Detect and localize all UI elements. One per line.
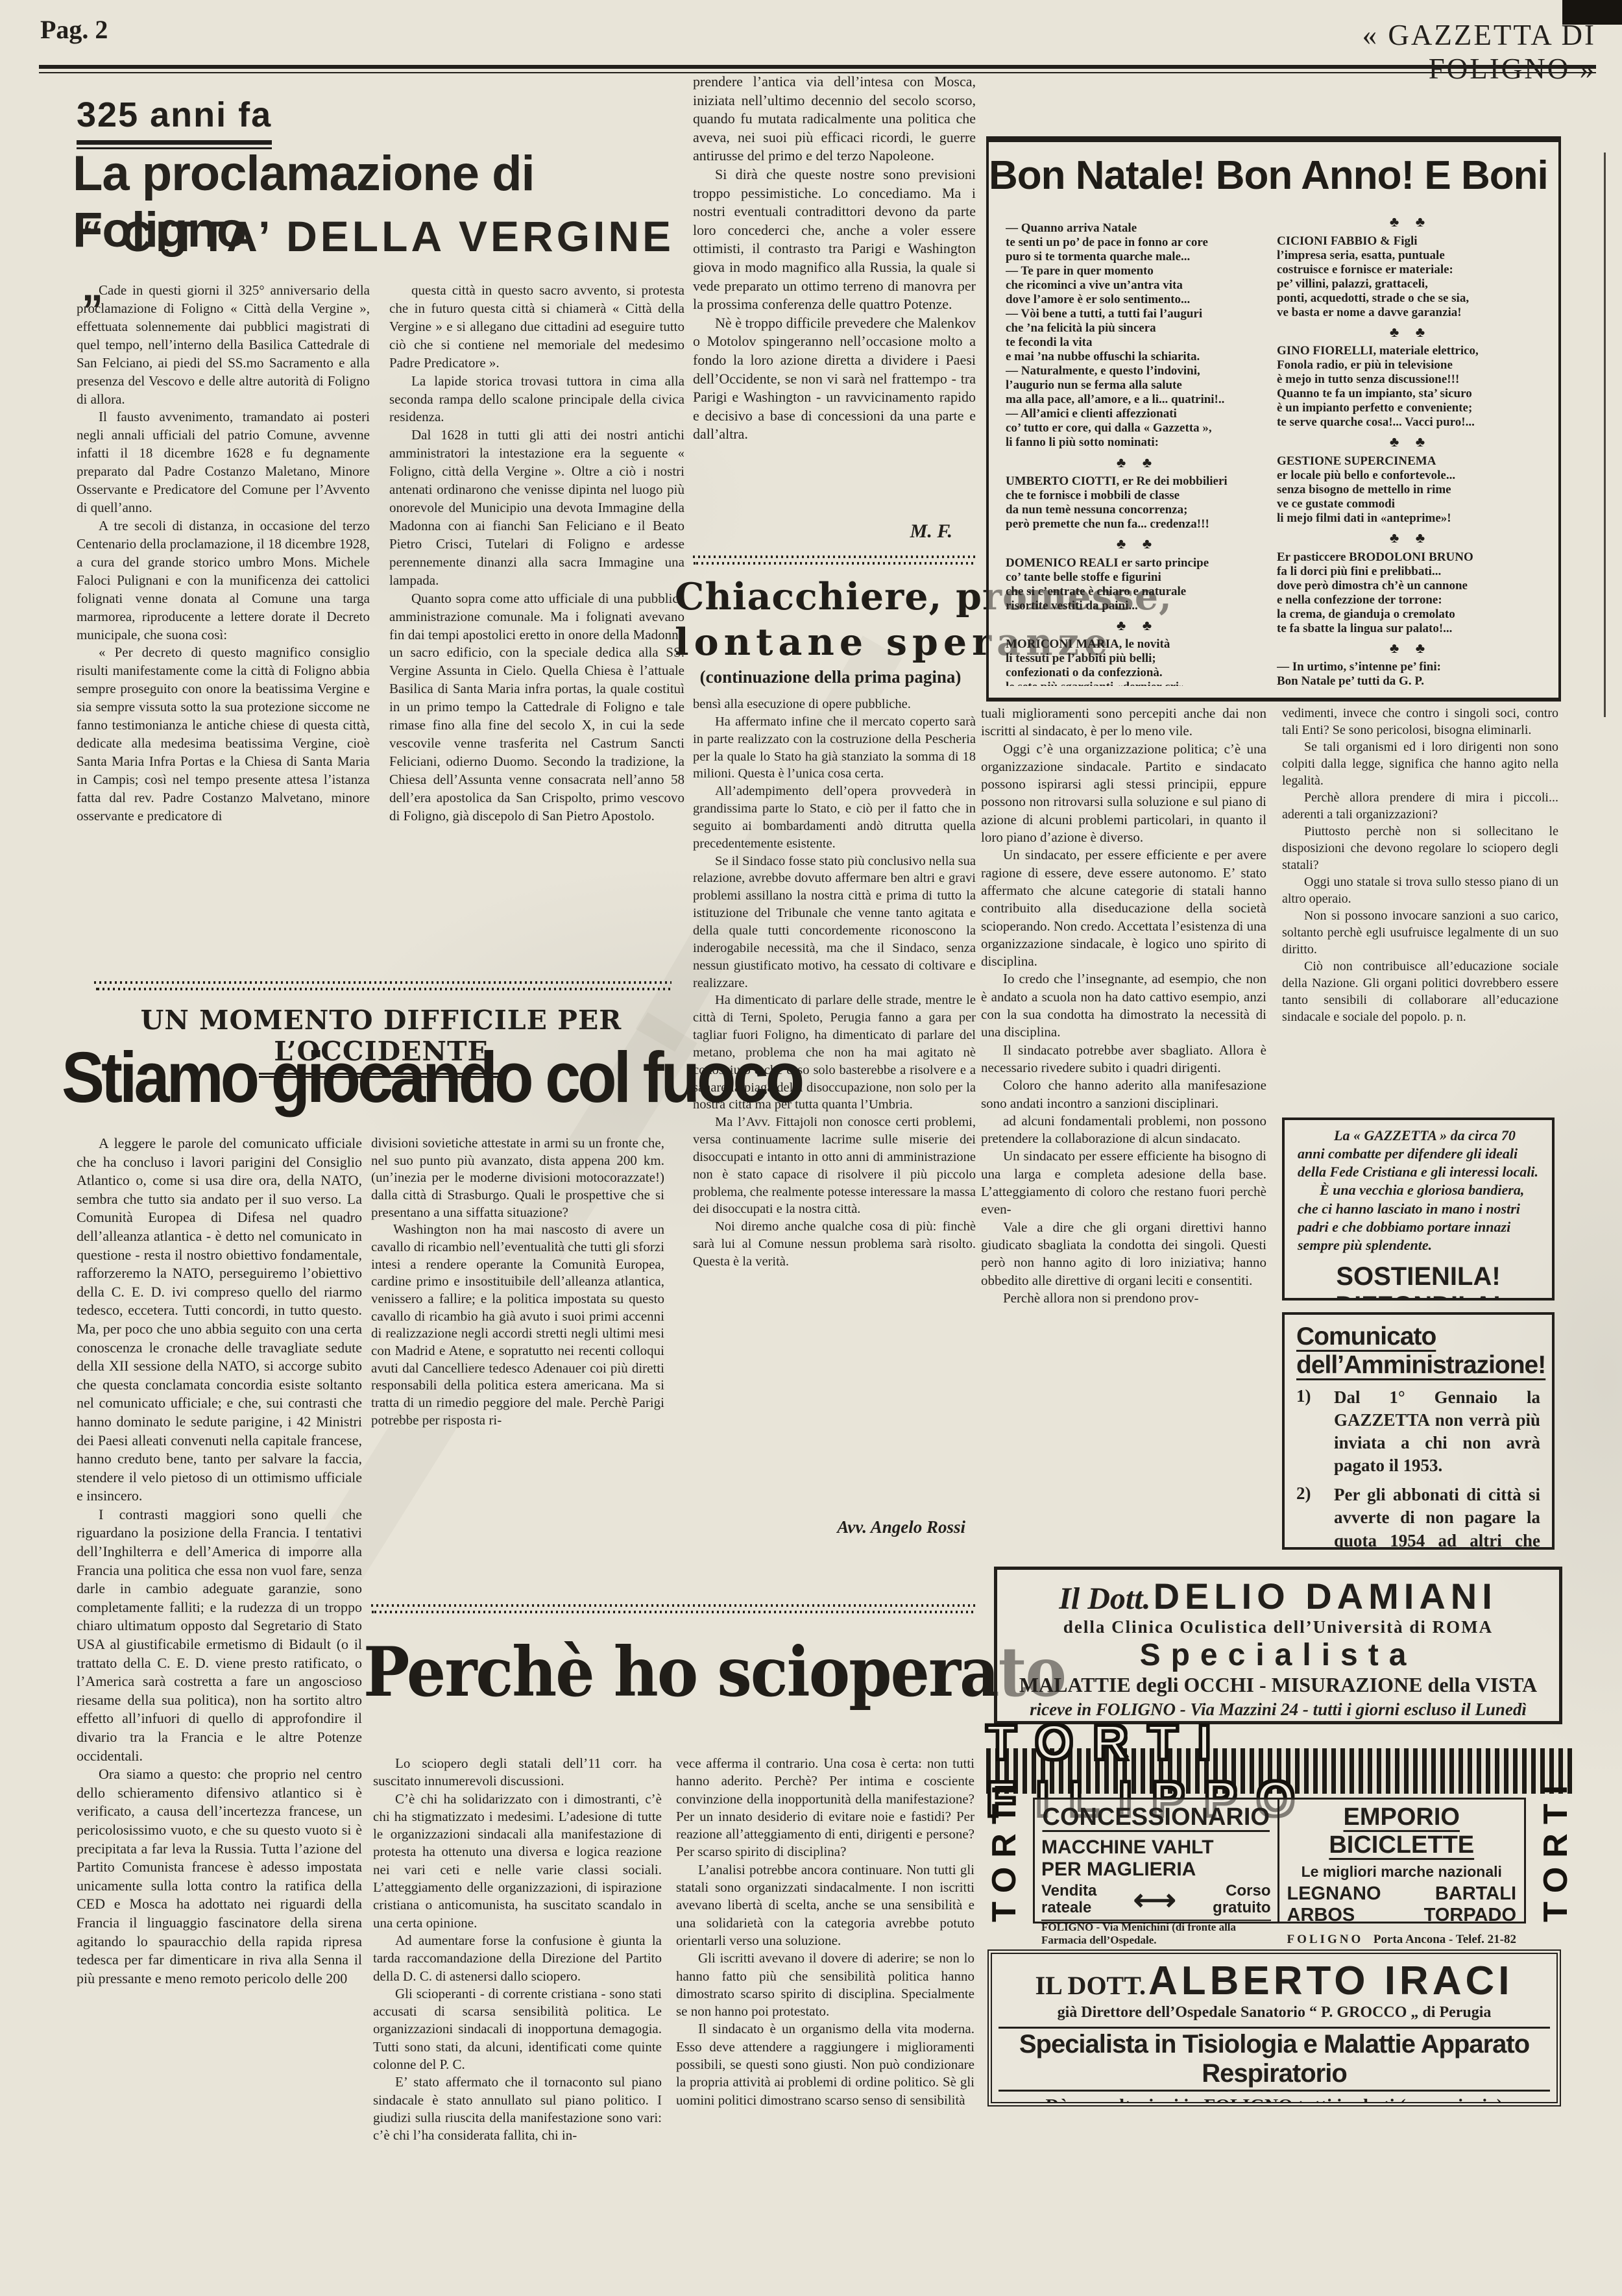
proclamazione-column-2: questa città in questo sacro avvento, si… xyxy=(389,282,684,975)
clubs-icon: ♣ ♣ xyxy=(1277,324,1544,341)
sciopero-continuation-column-a: tuali miglioramenti sono percepiti anche… xyxy=(981,705,1266,1522)
paragraph: Il sindacato è un organismo della vita m… xyxy=(676,2020,974,2108)
damiani-line3: Specialista xyxy=(997,1637,1559,1673)
sciopero-title: Perchè ho scioperato xyxy=(363,1633,976,1712)
torti-right-address-row: FOLIGNO Porta Ancona - Telef. 21-82 xyxy=(1287,1933,1517,1947)
iraci-prefix: IL DOTT. xyxy=(1035,1971,1146,2000)
paragraph: GESTIONE SUPERCINEMA er locale più bello… xyxy=(1277,454,1544,526)
comunicato-box: Comunicato dell’Amministrazione! 1) Dal … xyxy=(1282,1312,1555,1550)
clubs-icon: ♣ ♣ xyxy=(1277,214,1544,230)
torti-right-sub: Le migliori marche nazionali xyxy=(1287,1863,1517,1881)
gazzetta-promo-box: La « GAZZETTA » da circa 70 anni combatt… xyxy=(1282,1117,1555,1301)
paragraph: La lapide storica trovasi tuttora in cim… xyxy=(389,372,684,427)
paragraph: DOMENICO REALI er sarto principe co’ tan… xyxy=(1006,556,1269,613)
intesa-column: prendere l’antica via dell’intesa con Mo… xyxy=(693,73,976,520)
paragraph: Er pasticcere BRODOLONI BRUNO fa li dorc… xyxy=(1277,550,1544,636)
paragraph: prendere l’antica via dell’intesa con Mo… xyxy=(693,73,976,165)
paragraph: — In urtimo, s’intenne pe’ fini: Bon Nat… xyxy=(1277,660,1544,690)
kicker-label: 325 anni fa xyxy=(77,95,272,145)
damiani-line4: MALATTIE degli OCCHI - MISURAZIONE della… xyxy=(997,1673,1559,1697)
paragraph: UMBERTO CIOTTI, er Re dei mobbilieri che… xyxy=(1006,474,1269,531)
chiacchiere-title-line2: lontane speranze xyxy=(675,620,986,664)
double-arrow-icon: ⟷ xyxy=(1133,1882,1176,1917)
bon-natale-verse-left: — Quanno arriva Natale te senti un po’ d… xyxy=(1006,221,1269,686)
paragraph: — Quanno arriva Natale te senti un po’ d… xyxy=(1006,221,1269,450)
paragraph: Se tali organismi ed i loro dirigenti no… xyxy=(1282,739,1558,789)
torti-left-line2: PER MAGLIERIA xyxy=(1041,1859,1271,1881)
paragraph: Il fausto avvenimento, tramandato ai pos… xyxy=(77,408,370,517)
paragraph: « Per decreto di questo magnifico consig… xyxy=(77,644,370,825)
article-proclamazione-kicker: 325 anni fa xyxy=(77,95,272,145)
ad-iraci: IL DOTT. ALBERTO IRACI già Direttore del… xyxy=(987,1949,1561,2107)
paragraph: vece afferma il contrario. Una cosa è ce… xyxy=(676,1755,974,1861)
proclamazione-column-1: Cade in questi giorni il 325° anniversar… xyxy=(77,282,370,975)
paragraph: Oggi uno statale si trova sullo stesso p… xyxy=(1282,873,1558,907)
paragraph: Un sindacato, per essere efficiente e pe… xyxy=(981,846,1266,970)
ad-damiani: Il Dott. DELIO DAMIANI della Clinica Ocu… xyxy=(994,1567,1562,1724)
torti-left-line1: MACCHINE VAHLT xyxy=(1041,1837,1271,1859)
paragraph: tuali miglioramenti sono percepiti anche… xyxy=(981,705,1266,740)
torti-corso: Corso gratuito xyxy=(1213,1883,1270,1917)
promo-paragraph: È una vecchia e gloriosa bandiera, che c… xyxy=(1298,1181,1539,1254)
newspaper-page: Pag. 2 « GAZZETTA DI FOLIGNO » 325 anni … xyxy=(0,0,1622,2296)
paragraph: Gli scioperanti - di corrente cristiana … xyxy=(373,1985,662,2073)
clubs-icon: ♣ ♣ xyxy=(1006,535,1269,552)
paragraph: Ma l’Avv. Fittajoli non conosce certi pr… xyxy=(693,1114,976,1218)
paragraph: All’adempimento dell’opera provvederà in… xyxy=(693,783,976,852)
paragraph: A leggere le parole del comunicato uffic… xyxy=(77,1134,362,1506)
torti-left-row: Vendita rateale ⟷ Corso gratuito xyxy=(1041,1882,1271,1917)
brand: ARBOS xyxy=(1287,1905,1355,1926)
comunicato-title: Comunicato dell’Amministrazione! xyxy=(1296,1323,1540,1380)
paragraph: Piuttosto perchè non si sollecitano le d… xyxy=(1282,823,1558,873)
promo-slogan: SOSTIENILA! DIFFONDILA! xyxy=(1298,1262,1539,1301)
brand: TORPADO xyxy=(1424,1905,1516,1926)
masthead: « GAZZETTA DI FOLIGNO » xyxy=(1272,18,1596,86)
ad-torti-banner: TORTI FILIPPO xyxy=(986,1748,1575,1794)
paragraph: Vale a dire che gli organi direttivi han… xyxy=(981,1219,1266,1289)
divider-dotted xyxy=(94,981,672,990)
scan-artifact-line xyxy=(1604,153,1606,717)
bon-natale-title: Bon Natale! Bon Anno! E Boni quatrini!..… xyxy=(989,153,1558,199)
paragraph: C’è chi ha solidarizzato con i dimostran… xyxy=(373,1790,662,1932)
paragraph: CICIONI FABBIO & Figli l’impresa seria, … xyxy=(1277,234,1544,320)
brand: LEGNANO xyxy=(1287,1883,1381,1905)
paragraph: ad alcuni fondamentali problemi, non pos… xyxy=(981,1112,1266,1148)
paragraph: Perchè allora prendere di mira i piccoli… xyxy=(1282,789,1558,823)
iraci-line2: già Direttore dell’Ospedale Sanatorio “ … xyxy=(992,2004,1556,2021)
iraci-name: ALBERTO IRACI xyxy=(1148,1959,1514,2003)
torti-brand-row: LEGNANOBARTALI xyxy=(1287,1883,1517,1905)
paragraph: E’ stato affermato che il tornaconto sul… xyxy=(373,2073,662,2144)
paragraph: Gli iscritti avevano il dovere di aderir… xyxy=(676,1949,974,2020)
clubs-icon: ♣ ♣ xyxy=(1277,434,1544,450)
sciopero-column-1: Lo sciopero degli statali dell’11 corr. … xyxy=(373,1755,662,2286)
paragraph: Perchè allora non si prendono prov- xyxy=(981,1289,1266,1307)
torti-panel-right: EMPORIO BICICLETTE Le migliori marche na… xyxy=(1279,1800,1525,1922)
intesa-signature: M. F. xyxy=(693,520,952,543)
torti-right-city: FOLIGNO xyxy=(1287,1933,1364,1947)
clubs-icon: ♣ ♣ xyxy=(1006,454,1269,471)
damiani-line2: della Clinica Oculistica dell’Università… xyxy=(997,1617,1559,1637)
iraci-line4: Dà consultazioni in FOLIGNO tutti i saba… xyxy=(992,2095,1556,2107)
sciopero-column-2: vece afferma il contrario. Una cosa è ce… xyxy=(676,1755,974,2286)
paragraph: Il sindacato potrebbe aver sbagliato. Al… xyxy=(981,1042,1266,1077)
fuoco-column-2: divisioni sovietiche attestate in armi s… xyxy=(371,1134,664,1574)
paragraph: Si dirà che queste nostre sono prevision… xyxy=(693,165,976,314)
chiacchiere-signature: Avv. Angelo Rossi xyxy=(693,1517,965,1537)
paragraph: GINO FIORELLI, materiale elettrico, Fono… xyxy=(1277,344,1544,430)
torti-panel-left: CONCESSIONARIO MACCHINE VAHLT PER MAGLIE… xyxy=(1035,1800,1279,1922)
item-text: Dal 1° Gennaio la GAZZETTA non verrà più… xyxy=(1334,1386,1540,1477)
iraci-line3: Specialista in Tisiologia e Malattie App… xyxy=(999,2027,1550,2092)
page-number: Pag. 2 xyxy=(40,14,108,45)
comunicato-item: 1) Dal 1° Gennaio la GAZZETTA non verrà … xyxy=(1296,1386,1540,1477)
paragraph: Noi diremo anche qualche cosa di più: fi… xyxy=(693,1218,976,1271)
iraci-name-line: IL DOTT. ALBERTO IRACI xyxy=(992,1958,1556,2004)
sciopero-continuation-column-b: vedimenti, invece che contro i singoli s… xyxy=(1282,705,1558,1108)
damiani-name-line: Il Dott. DELIO DAMIANI xyxy=(997,1575,1559,1617)
torti-vertical-right: TORTI xyxy=(1536,1799,1574,1922)
divider-dotted xyxy=(693,556,976,565)
item-number: 2) xyxy=(1296,1484,1334,1550)
item-number: 1) xyxy=(1296,1386,1334,1477)
ad-torti-panels: CONCESSIONARIO MACCHINE VAHLT PER MAGLIE… xyxy=(1033,1798,1526,1924)
bon-natale-box: Bon Natale! Bon Anno! E Boni quatrini!..… xyxy=(986,136,1561,702)
paragraph: Ad aumentare forse la confusione è giunt… xyxy=(373,1932,662,1985)
comunicato-item: 2) Per gli abbonati di città si avverte … xyxy=(1296,1484,1540,1550)
clubs-icon: ♣ ♣ xyxy=(1277,640,1544,657)
torti-left-address: FOLIGNO - Via Menichini (di fronte alla … xyxy=(1041,1920,1271,1947)
divider-dotted xyxy=(371,1604,976,1613)
paragraph: Oggi c’è una organizzazione politica; c’… xyxy=(981,740,1266,847)
torti-left-title: CONCESSIONARIO xyxy=(1041,1803,1271,1831)
torti-vertical-left: TORTI xyxy=(985,1799,1023,1922)
paragraph: Coloro che hanno aderito alla manifesazi… xyxy=(981,1077,1266,1112)
paragraph: A tre secoli di distanza, in occasione d… xyxy=(77,517,370,644)
promo-paragraph: La « GAZZETTA » da circa 70 anni combatt… xyxy=(1298,1127,1539,1181)
damiani-prefix: Il Dott. xyxy=(1059,1582,1150,1616)
scan-smudge xyxy=(1562,0,1622,25)
torti-vendita: Vendita rateale xyxy=(1041,1883,1096,1917)
item-text: Per gli abbonati di città si avverte di … xyxy=(1334,1484,1540,1550)
paragraph: Ciò non contribuisce all’educazione soci… xyxy=(1282,958,1558,1025)
bon-natale-verse-right: ♣ ♣CICIONI FABBIO & Figli l’impresa seri… xyxy=(1277,210,1544,690)
brand: BARTALI xyxy=(1435,1883,1516,1905)
paragraph: L’analisi potrebbe ancora continuare. No… xyxy=(676,1861,974,1949)
paragraph: Nè è troppo difficile prevedere che Male… xyxy=(693,314,976,444)
chiacchiere-title-line1: Chiacchiere, promesse, xyxy=(675,575,986,618)
paragraph: Cade in questi giorni il 325° anniversar… xyxy=(77,282,370,408)
paragraph: Dal 1628 in tutti gli atti dei nostri an… xyxy=(389,426,684,589)
torti-right-address: Porta Ancona - Telef. 21-82 xyxy=(1374,1933,1516,1947)
torti-right-title: EMPORIO BICICLETTE xyxy=(1287,1803,1517,1859)
clubs-icon: ♣ ♣ xyxy=(1006,617,1269,634)
damiani-name: DELIO DAMIANI xyxy=(1154,1576,1497,1617)
paragraph: Quanto sopra come atto ufficiale di una … xyxy=(389,590,684,825)
chiacchiere-subtitle: (continuazione della prima pagina) xyxy=(675,667,986,687)
paragraph: Ora siamo a questo: che proprio nel cent… xyxy=(77,1765,362,1988)
fuoco-column-1: A leggere le parole del comunicato uffic… xyxy=(77,1134,362,2277)
paragraph: Un sindacato per essere efficiente ha bi… xyxy=(981,1147,1266,1218)
paragraph: MORICONI MARIA, le novità li tessuti pe … xyxy=(1006,637,1269,686)
paragraph: vedimenti, invece che contro i singoli s… xyxy=(1282,705,1558,739)
paragraph: Lo sciopero degli statali dell’11 corr. … xyxy=(373,1755,662,1790)
paragraph: questa città in questo sacro avvento, si… xyxy=(389,282,684,372)
paragraph: Io credo che l’insegnante, ad esempio, c… xyxy=(981,970,1266,1041)
torti-brand-row: ARBOSTORPADO xyxy=(1287,1905,1517,1926)
paragraph: Non si possono invocare sanzioni a suo c… xyxy=(1282,907,1558,958)
clubs-icon: ♣ ♣ xyxy=(1277,530,1544,546)
